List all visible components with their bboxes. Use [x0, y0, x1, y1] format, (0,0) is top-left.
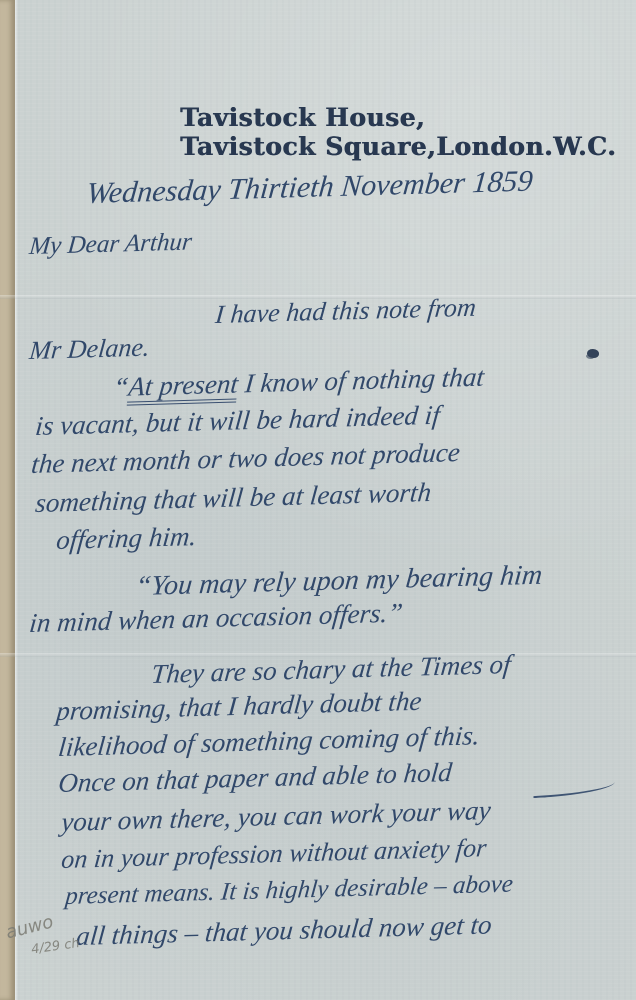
letterhead-line1: Tavistock House, — [180, 104, 616, 133]
body-para2-line4: Once on that paper and able to hold — [57, 757, 453, 799]
page-edge-strip — [0, 0, 15, 1000]
letterhead-line2: Tavistock Square,London.W.C. — [180, 133, 616, 162]
date-line: Wednesday Thirtieth November 1859 — [85, 165, 534, 211]
body-quote1-line3: the next month or two does not produce — [30, 437, 461, 480]
ink-blot — [587, 349, 599, 358]
body-quote2-line1: “You may rely upon my bearing him — [134, 560, 544, 603]
body-quote1-line1: “At present I know of nothing that — [112, 362, 486, 403]
quote1-line1-rest: I know of nothing that — [237, 362, 486, 399]
pencil-annotation-line2: 4/29 ch — [30, 937, 80, 958]
body-quote2-line2: in mind when an occasion offers.” — [28, 598, 404, 639]
body-para2-line8: all things – that you should now get to — [75, 909, 493, 952]
body-quote1-line5: offering him. — [55, 521, 198, 556]
body-para2-line2: promising, that I hardly doubt the — [55, 686, 423, 727]
body-para1-line2: Mr Delane. — [28, 333, 151, 366]
body-para2-line3: likelihood of something coming of this. — [57, 720, 481, 763]
body-para2-line6: on in your profession without anxiety fo… — [60, 833, 488, 875]
body-para2-line7: present means. It is highly desirable – … — [64, 871, 514, 911]
body-quote1-line4: something that will be at least worth — [34, 477, 433, 519]
body-para1-line1: I have had this note from — [214, 293, 477, 330]
letterhead: Tavistock House, Tavistock Square,London… — [180, 104, 616, 162]
body-para2-line5: your own there, you can work your way — [60, 795, 492, 838]
quote1-underlined-phrase: At present — [127, 369, 240, 406]
body-quote1-line2: is vacant, but it will be hard indeed if — [34, 400, 441, 442]
salutation: My Dear Arthur — [28, 228, 193, 261]
pen-flourish — [533, 780, 616, 798]
letter-scan: Tavistock House, Tavistock Square,London… — [0, 0, 636, 1000]
page-edge-highlight — [15, 0, 18, 1000]
